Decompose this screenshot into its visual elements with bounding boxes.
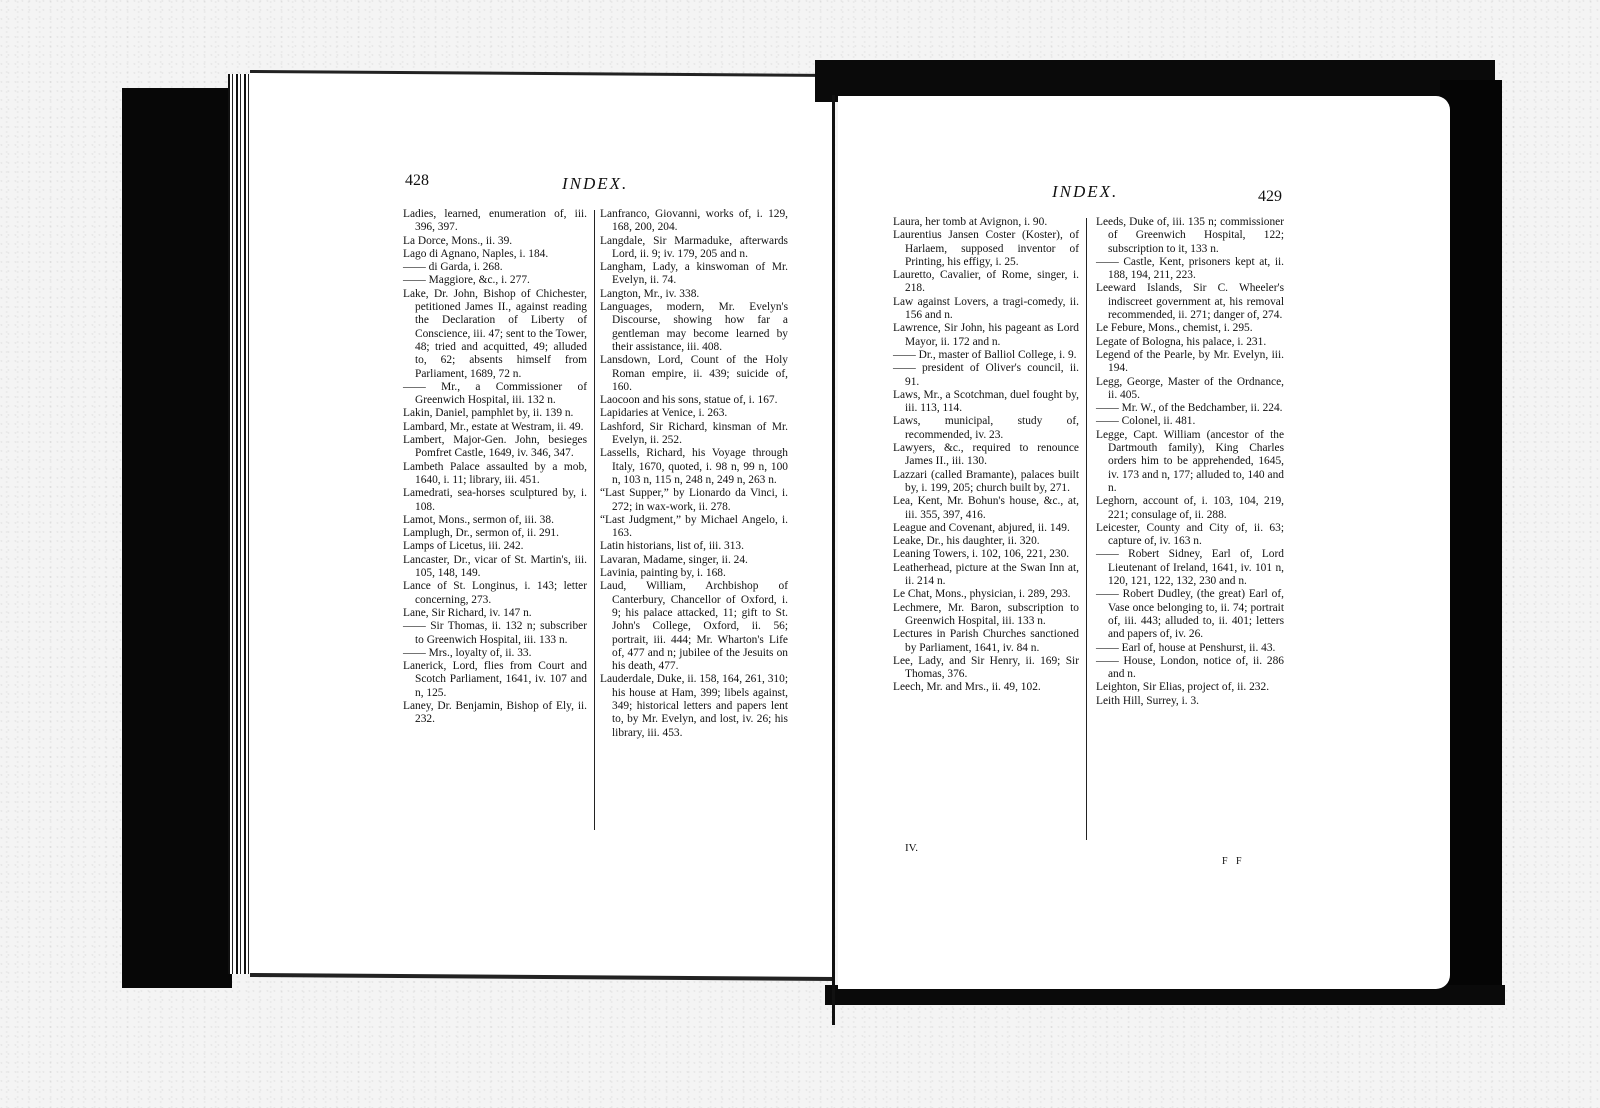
index-entry: Lanfranco, Giovanni, works of, i. 129, 1… bbox=[600, 208, 788, 235]
index-entry: Leicester, County and City of, ii. 63; c… bbox=[1096, 522, 1284, 549]
index-entry: Laud, William, Archbishop of Canterbury,… bbox=[600, 580, 788, 673]
index-entry: —— Castle, Kent, prisoners kept at, ii. … bbox=[1096, 256, 1284, 283]
index-entry: Lawyers, &c., required to renounce James… bbox=[893, 442, 1079, 469]
index-entry: Latin historians, list of, iii. 313. bbox=[600, 540, 788, 553]
index-entry: —— Colonel, ii. 481. bbox=[1096, 415, 1284, 428]
index-entry: Lansdown, Lord, Count of the Holy Roman … bbox=[600, 354, 788, 394]
index-entry: Lavinia, painting by, i. 168. bbox=[600, 567, 788, 580]
index-entry: Lambard, Mr., estate at Westram, ii. 49. bbox=[403, 421, 587, 434]
index-entry: Lago di Agnano, Naples, i. 184. bbox=[403, 248, 587, 261]
index-entry: Leech, Mr. and Mrs., ii. 49, 102. bbox=[893, 681, 1079, 694]
index-entry: Langdale, Sir Marmaduke, afterwards Lord… bbox=[600, 235, 788, 262]
index-entry: Lapidaries at Venice, i. 263. bbox=[600, 407, 788, 420]
index-entry: Lamps of Licetus, iii. 242. bbox=[403, 540, 587, 553]
index-entry: —— Dr., master of Balliol College, i. 9. bbox=[893, 349, 1079, 362]
index-entry: Le Chat, Mons., physician, i. 289, 293. bbox=[893, 588, 1079, 601]
index-entry: —— House, London, notice of, ii. 286 and… bbox=[1096, 655, 1284, 682]
book-gutter bbox=[832, 95, 835, 1025]
index-entry: Lake, Dr. John, Bishop of Chichester, pe… bbox=[403, 288, 587, 381]
index-entry: Lamot, Mons., sermon of, iii. 38. bbox=[403, 514, 587, 527]
index-entry: Legate of Bologna, his palace, i. 231. bbox=[1096, 336, 1284, 349]
index-entry: Lambert, Major-Gen. John, besieges Pomfr… bbox=[403, 434, 587, 461]
index-entry: Leatherhead, picture at the Swan Inn at,… bbox=[893, 562, 1079, 589]
index-entry: Legg, George, Master of the Ordnance, ii… bbox=[1096, 376, 1284, 403]
right-page-title: INDEX. bbox=[1052, 182, 1118, 202]
index-entry: Lashford, Sir Richard, kinsman of Mr. Ev… bbox=[600, 421, 788, 448]
index-entry: Laney, Dr. Benjamin, Bishop of Ely, ii. … bbox=[403, 700, 587, 727]
index-entry: Leake, Dr., his daughter, ii. 320. bbox=[893, 535, 1079, 548]
index-entry: Lassells, Richard, his Voyage through It… bbox=[600, 447, 788, 487]
index-entry: —— Mr., a Commissioner of Greenwich Hosp… bbox=[403, 381, 587, 408]
index-entry: —— president of Oliver's council, ii. 91… bbox=[893, 362, 1079, 389]
index-entry: —— Mr. W., of the Bedchamber, ii. 224. bbox=[1096, 402, 1284, 415]
volume-footer: IV. bbox=[905, 842, 918, 854]
index-entry: —— di Garda, i. 268. bbox=[403, 261, 587, 274]
index-entry: Leith Hill, Surrey, i. 3. bbox=[1096, 695, 1284, 708]
index-entry: —— Maggiore, &c., i. 277. bbox=[403, 274, 587, 287]
index-entry: —— Earl of, house at Penshurst, ii. 43. bbox=[1096, 642, 1284, 655]
index-entry: Ladies, learned, enumeration of, iii. 39… bbox=[403, 208, 587, 235]
index-entry: Lavaran, Madame, singer, ii. 24. bbox=[600, 554, 788, 567]
left-page-number: 428 bbox=[405, 172, 429, 190]
index-entry: Langham, Lady, a kinswoman of Mr. Evelyn… bbox=[600, 261, 788, 288]
index-entry: Lectures in Parish Churches sanctioned b… bbox=[893, 628, 1079, 655]
index-entry: “Last Supper,” by Lionardo da Vinci, i. … bbox=[600, 487, 788, 514]
right-page-number: 429 bbox=[1258, 188, 1282, 206]
index-entry: Laura, her tomb at Avignon, i. 90. bbox=[893, 216, 1079, 229]
index-entry: Lauderdale, Duke, ii. 158, 164, 261, 310… bbox=[600, 673, 788, 739]
index-entry: —— Robert Dudley, (the great) Earl of, V… bbox=[1096, 588, 1284, 641]
index-entry: Lauretto, Cavalier, of Rome, singer, i. … bbox=[893, 269, 1079, 296]
index-entry: Lanerick, Lord, flies from Court and Sco… bbox=[403, 660, 587, 700]
index-entry: Legge, Capt. William (ancestor of the Da… bbox=[1096, 429, 1284, 495]
index-entry: Lazzari (called Bramante), palaces built… bbox=[893, 469, 1079, 496]
signature-mark: F F bbox=[1222, 856, 1245, 867]
index-entry: —— Mrs., loyalty of, ii. 33. bbox=[403, 647, 587, 660]
index-entry: Le Febure, Mons., chemist, i. 295. bbox=[1096, 322, 1284, 335]
index-entry: “Last Judgment,” by Michael Angelo, i. 1… bbox=[600, 514, 788, 541]
index-entry: Lamedrati, sea-horses sculptured by, i. … bbox=[403, 487, 587, 514]
index-entry: Laocoon and his sons, statue of, i. 167. bbox=[600, 394, 788, 407]
index-entry: Lee, Lady, and Sir Henry, ii. 169; Sir T… bbox=[893, 655, 1079, 682]
index-entry: —— Robert Sidney, Earl of, Lord Lieutena… bbox=[1096, 548, 1284, 588]
index-entry: Leeds, Duke of, iii. 135 n; commissioner… bbox=[1096, 216, 1284, 256]
right-page-column-1: Laura, her tomb at Avignon, i. 90.Lauren… bbox=[893, 216, 1079, 695]
left-cover-edge bbox=[122, 88, 232, 988]
index-entry: Leeward Islands, Sir C. Wheeler's indisc… bbox=[1096, 282, 1284, 322]
index-entry: Lambeth Palace assaulted by a mob, 1640,… bbox=[403, 461, 587, 488]
index-entry: Laurentius Jansen Coster (Koster), of Ha… bbox=[893, 229, 1079, 269]
index-entry: Lea, Kent, Mr. Bohun's house, &c., at, i… bbox=[893, 495, 1079, 522]
index-entry: —— Sir Thomas, ii. 132 n; subscriber to … bbox=[403, 620, 587, 647]
index-entry: Lawrence, Sir John, his pageant as Lord … bbox=[893, 322, 1079, 349]
index-entry: League and Covenant, abjured, ii. 149. bbox=[893, 522, 1079, 535]
index-entry: Lane, Sir Richard, iv. 147 n. bbox=[403, 607, 587, 620]
index-entry: Lakin, Daniel, pamphlet by, ii. 139 n. bbox=[403, 407, 587, 420]
index-entry: Laws, municipal, study of, recommended, … bbox=[893, 415, 1079, 442]
index-entry: Leighton, Sir Elias, project of, ii. 232… bbox=[1096, 681, 1284, 694]
column-divider bbox=[594, 210, 595, 830]
left-page-column-2: Lanfranco, Giovanni, works of, i. 129, 1… bbox=[600, 208, 788, 740]
index-entry: Legend of the Pearle, by Mr. Evelyn, iii… bbox=[1096, 349, 1284, 376]
index-entry: Leghorn, account of, i. 103, 104, 219, 2… bbox=[1096, 495, 1284, 522]
right-page-column-2: Leeds, Duke of, iii. 135 n; commissioner… bbox=[1096, 216, 1284, 708]
index-entry: Lechmere, Mr. Baron, subscription to Gre… bbox=[893, 602, 1079, 629]
left-page-title: INDEX. bbox=[562, 174, 628, 194]
index-entry: Lance of St. Longinus, i. 143; letter co… bbox=[403, 580, 587, 607]
index-entry: Lancaster, Dr., vicar of St. Martin's, i… bbox=[403, 554, 587, 581]
index-entry: Laws, Mr., a Scotchman, duel fought by, … bbox=[893, 389, 1079, 416]
index-entry: Langton, Mr., iv. 338. bbox=[600, 288, 788, 301]
index-entry: La Dorce, Mons., ii. 39. bbox=[403, 235, 587, 248]
index-entry: Lamplugh, Dr., sermon of, ii. 291. bbox=[403, 527, 587, 540]
column-divider bbox=[1086, 218, 1087, 840]
index-entry: Languages, modern, Mr. Evelyn's Discours… bbox=[600, 301, 788, 354]
left-page-column-1: Ladies, learned, enumeration of, iii. 39… bbox=[403, 208, 587, 727]
index-entry: Law against Lovers, a tragi-comedy, ii. … bbox=[893, 296, 1079, 323]
index-entry: Leaning Towers, i. 102, 106, 221, 230. bbox=[893, 548, 1079, 561]
